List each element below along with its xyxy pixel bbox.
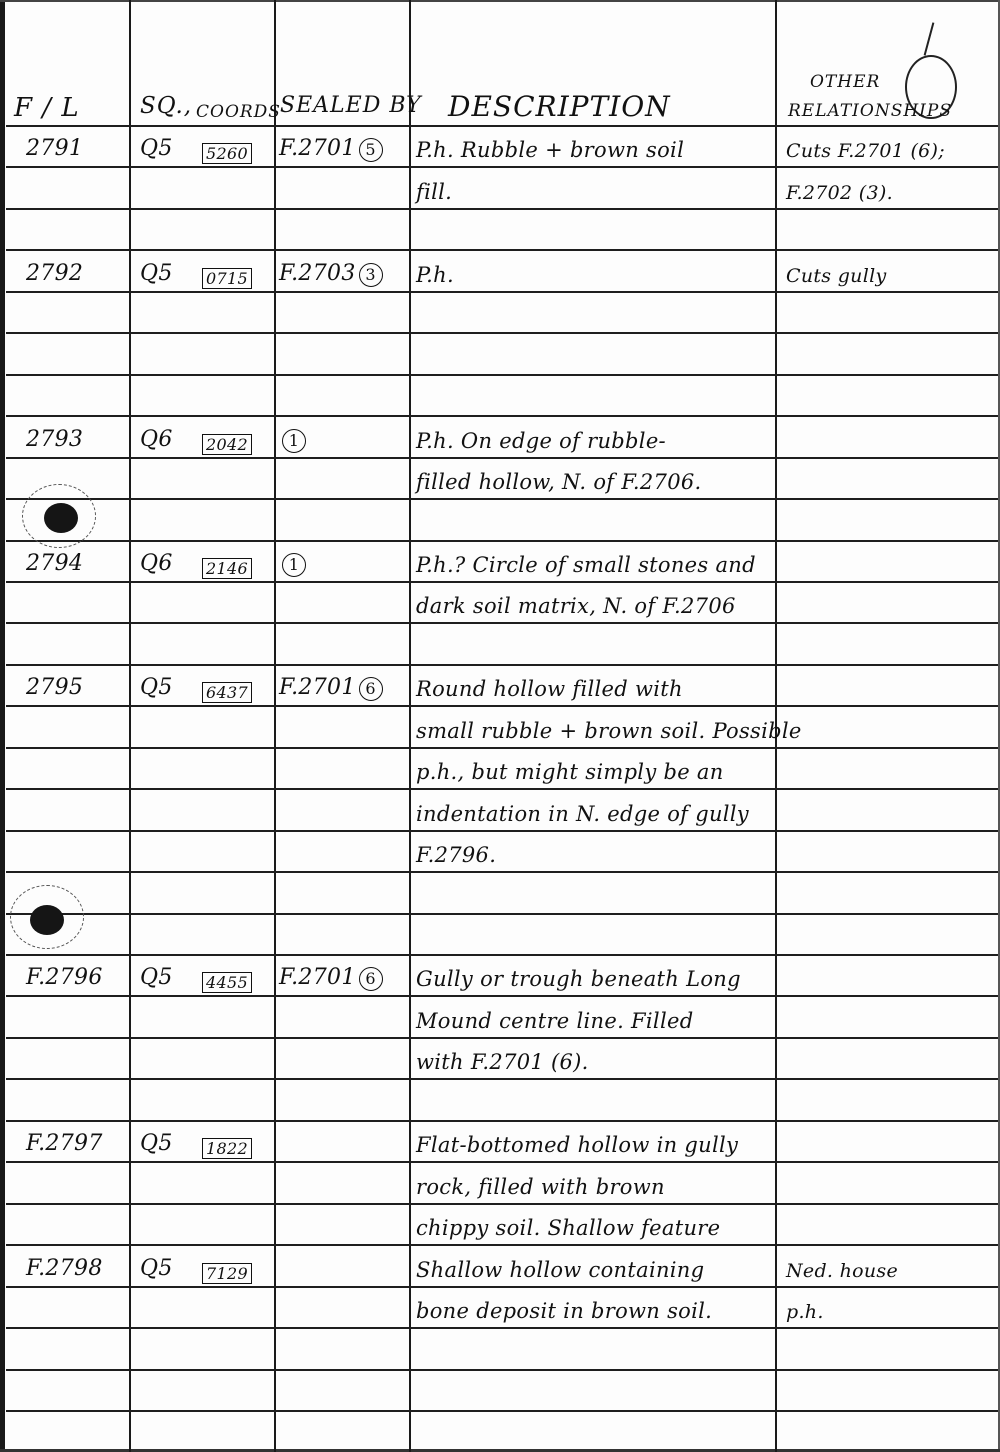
- description-line: Shallow hollow containing: [416, 1258, 704, 1282]
- ruled-line: [6, 747, 998, 749]
- ruled-line: [6, 1327, 998, 1329]
- ruled-line: [6, 166, 998, 168]
- square-label: Q5: [140, 261, 173, 286]
- ruled-line: [6, 540, 998, 542]
- feature-number: F.2797: [26, 1131, 103, 1156]
- square-label: Q5: [140, 136, 173, 161]
- description-line: indentation in N. edge of gully: [416, 802, 749, 826]
- square-label: Q5: [140, 1256, 173, 1281]
- description-line: chippy soil. Shallow feature: [416, 1216, 720, 1240]
- description-line: P.h. On edge of rubble-: [416, 429, 666, 453]
- coords-box: 2042: [202, 431, 252, 456]
- layer-circle: 1: [282, 553, 306, 577]
- sealed-by: F.27015: [279, 136, 383, 162]
- header-other: OTHER: [810, 72, 880, 92]
- layer-circle: 6: [359, 677, 383, 701]
- description-line: bone deposit in brown soil.: [416, 1299, 712, 1323]
- description-line: p.h., but might simply be an: [416, 760, 724, 784]
- feature-number: 2793: [26, 427, 83, 452]
- coords-value: 4455: [202, 972, 252, 993]
- description-line: dark soil matrix, N. of F.2706: [416, 594, 736, 618]
- column-divider: [409, 0, 411, 1452]
- coords-value: 2146: [202, 558, 252, 579]
- coords-value: 0715: [202, 268, 252, 289]
- ruled-line: [6, 830, 998, 832]
- sealed-by-feature: F.2703: [279, 261, 356, 286]
- ruled-line: [6, 457, 998, 459]
- ruled-line: [6, 332, 998, 334]
- feature-number: 2792: [26, 261, 83, 286]
- square-label: Q5: [140, 1131, 173, 1156]
- ruled-line: [6, 208, 998, 210]
- ruled-line: [6, 1286, 998, 1288]
- sealed-by: 1: [279, 427, 306, 453]
- ruled-line: [6, 125, 998, 127]
- description-line: Mound centre line. Filled: [416, 1009, 693, 1033]
- coords-box: 7129: [202, 1260, 252, 1285]
- coords-value: 7129: [202, 1263, 252, 1284]
- coords-box: 1822: [202, 1135, 252, 1160]
- feature-number: F.2796: [26, 965, 103, 990]
- ruled-line: [6, 622, 998, 624]
- ruled-line: [6, 415, 998, 417]
- header-square: SQ.,: [140, 93, 192, 119]
- feature-number: 2794: [26, 551, 83, 576]
- relationship-line: Ned. house: [786, 1260, 898, 1282]
- page-edge-left: [0, 0, 5, 1452]
- description-line: fill.: [416, 180, 452, 204]
- feature-number: F.2798: [26, 1256, 103, 1281]
- ruled-line: [6, 581, 998, 583]
- description-line: Round hollow filled with: [416, 677, 683, 701]
- description-line: Flat-bottomed hollow in gully: [416, 1133, 738, 1157]
- ruled-line: [6, 291, 998, 293]
- ruled-line: [6, 1410, 998, 1412]
- coords-value: 6437: [202, 682, 252, 703]
- ruled-line: [6, 1244, 998, 1246]
- coords-box: 6437: [202, 679, 252, 704]
- relationship-line: p.h.: [786, 1301, 824, 1323]
- sealed-by: 1: [279, 551, 306, 577]
- coords-box: 4455: [202, 969, 252, 994]
- sealed-by: F.27033: [279, 261, 383, 287]
- header-coords: COORDS: [196, 102, 281, 122]
- page-mark-stroke: [924, 22, 935, 55]
- description-line: Gully or trough beneath Long: [416, 967, 741, 991]
- sealed-by: F.27016: [279, 675, 383, 701]
- description-line: rock, filled with brown: [416, 1175, 665, 1199]
- coords-value: 2042: [202, 434, 252, 455]
- relationship-line: Cuts gully: [786, 265, 887, 287]
- sealed-by-feature: F.2701: [279, 965, 356, 990]
- square-label: Q5: [140, 675, 173, 700]
- ruled-line: [6, 249, 998, 251]
- square-label: Q5: [140, 965, 173, 990]
- coords-box: 0715: [202, 265, 252, 290]
- description-line: P.h.: [416, 263, 454, 287]
- description-line: filled hollow, N. of F.2706.: [416, 470, 702, 494]
- description-line: small rubble + brown soil. Possible: [416, 719, 802, 743]
- square-label: Q6: [140, 427, 173, 452]
- feature-number: 2791: [26, 136, 83, 161]
- punch-hole: [44, 503, 78, 533]
- relationship-line: F.2702 (3).: [786, 182, 893, 204]
- ruled-line: [6, 954, 998, 956]
- feature-number: 2795: [26, 675, 83, 700]
- ruled-line: [6, 913, 998, 915]
- ruled-line: [6, 498, 998, 500]
- description-line: F.2796.: [416, 843, 496, 867]
- ruled-line: [6, 995, 998, 997]
- description-line: P.h. Rubble + brown soil: [416, 138, 684, 162]
- ruled-line: [6, 1203, 998, 1205]
- header-relationships: RELATIONSHIPS: [788, 101, 952, 121]
- ruled-line: [6, 664, 998, 666]
- coords-value: 5260: [202, 143, 252, 164]
- coords-box: 2146: [202, 555, 252, 580]
- header-sealed-by: SEALED BY: [280, 93, 422, 118]
- relationship-line: Cuts F.2701 (6);: [786, 140, 945, 162]
- square-label: Q6: [140, 551, 173, 576]
- column-divider: [274, 0, 276, 1452]
- page-edge-top: [0, 0, 1000, 2]
- sealed-by-feature: F.2701: [279, 136, 356, 161]
- ruled-line: [6, 788, 998, 790]
- description-line: P.h.? Circle of small stones and: [416, 553, 756, 577]
- sealed-by: F.27016: [279, 965, 383, 991]
- layer-circle: 5: [359, 138, 383, 162]
- layer-circle: 1: [282, 429, 306, 453]
- ruled-line: [6, 374, 998, 376]
- coords-value: 1822: [202, 1138, 252, 1159]
- coords-box: 5260: [202, 140, 252, 165]
- ruled-line: [6, 1037, 998, 1039]
- layer-circle: 6: [359, 967, 383, 991]
- record-sheet: F / L SQ., COORDS SEALED BY DESCRIPTION …: [0, 0, 1000, 1452]
- ruled-line: [6, 705, 998, 707]
- ruled-line: [6, 1161, 998, 1163]
- ruled-line: [6, 1078, 998, 1080]
- column-divider: [129, 0, 131, 1452]
- punch-hole: [30, 905, 64, 935]
- header-description: DESCRIPTION: [448, 90, 671, 123]
- layer-circle: 3: [359, 263, 383, 287]
- header-feature: F / L: [14, 93, 80, 123]
- ruled-line: [6, 1120, 998, 1122]
- ruled-line: [6, 871, 998, 873]
- sealed-by-feature: F.2701: [279, 675, 356, 700]
- description-line: with F.2701 (6).: [416, 1050, 589, 1074]
- ruled-line: [6, 1369, 998, 1371]
